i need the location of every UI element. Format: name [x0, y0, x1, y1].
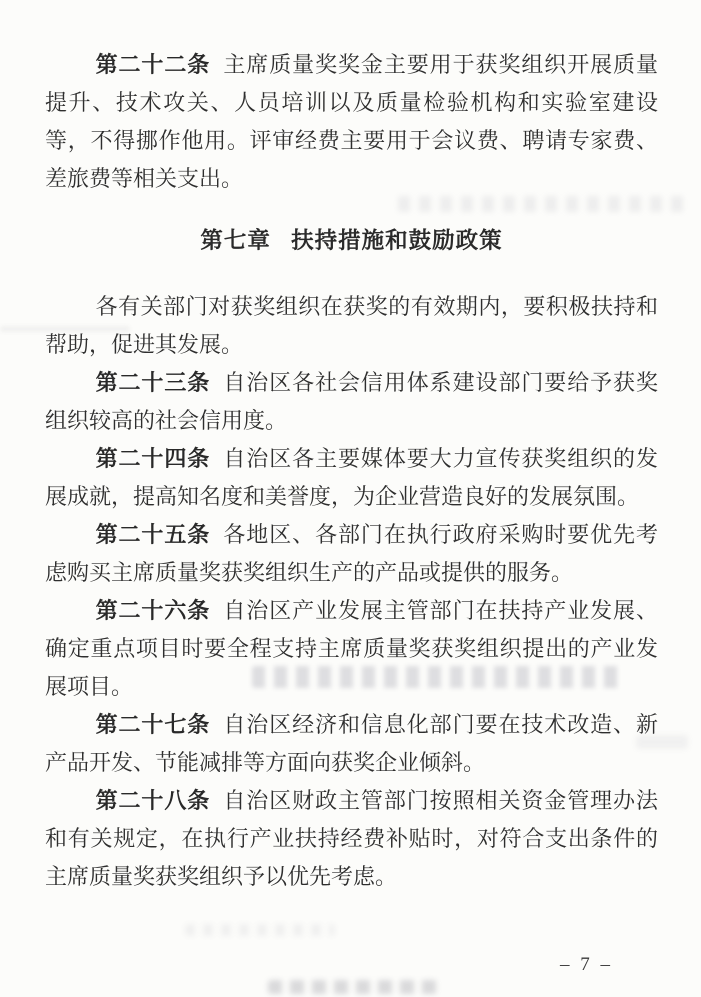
article-24-paragraph: 第二十四条自治区各主要媒体要大力宣传获奖组织的发展成就，提高知名度和美誉度，为企…: [45, 440, 658, 516]
chapter-7-title: 扶持措施和鼓励政策: [291, 228, 503, 253]
article-23-paragraph: 第二十三条自治区各社会信用体系建设部门要给予获奖组织较高的社会信用度。: [45, 364, 658, 440]
article-26-paragraph: 第二十六条自治区产业发展主管部门在扶持产业发展、确定重点项目时要全程支持主席质量…: [45, 592, 658, 706]
article-23-number: 第二十三条: [96, 370, 211, 395]
article-28-paragraph: 第二十八条自治区财政主管部门按照相关资金管理办法和有关规定，在执行产业扶持经费补…: [45, 782, 658, 896]
scan-artifact: [398, 196, 686, 212]
intro-paragraph-text: 各有关部门对获奖组织在获奖的有效期内，要积极扶持和帮助，促进其发展。: [45, 294, 658, 357]
article-27-paragraph: 第二十七条自治区经济和信息化部门要在技术改造、新产品开发、节能减排等方面向获奖企…: [45, 706, 658, 782]
article-25-paragraph: 第二十五条各地区、各部门在执行政府采购时要优先考虑购买主席质量奖获奖组织生产的产…: [45, 516, 658, 592]
intro-paragraph: 各有关部门对获奖组织在获奖的有效期内，要积极扶持和帮助，促进其发展。: [45, 288, 658, 364]
chapter-7-heading: 第七章扶持措施和鼓励政策: [45, 222, 658, 260]
article-26-number: 第二十六条: [96, 598, 211, 623]
article-22-number: 第二十二条: [96, 52, 211, 77]
article-24-number: 第二十四条: [96, 446, 211, 471]
document-page: 第二十二条主席质量奖奖金主要用于获奖组织开展质量提升、技术攻关、人员培训以及质量…: [0, 0, 701, 997]
page-number: – 7 –: [560, 946, 613, 984]
article-28-number: 第二十八条: [96, 788, 211, 813]
chapter-7-label: 第七章: [200, 228, 271, 253]
article-22-paragraph: 第二十二条主席质量奖奖金主要用于获奖组织开展质量提升、技术攻关、人员培训以及质量…: [45, 46, 658, 198]
article-25-number: 第二十五条: [96, 522, 211, 547]
scan-artifact: [268, 980, 438, 994]
article-27-number: 第二十七条: [96, 712, 211, 737]
scan-artifact: [185, 924, 335, 936]
